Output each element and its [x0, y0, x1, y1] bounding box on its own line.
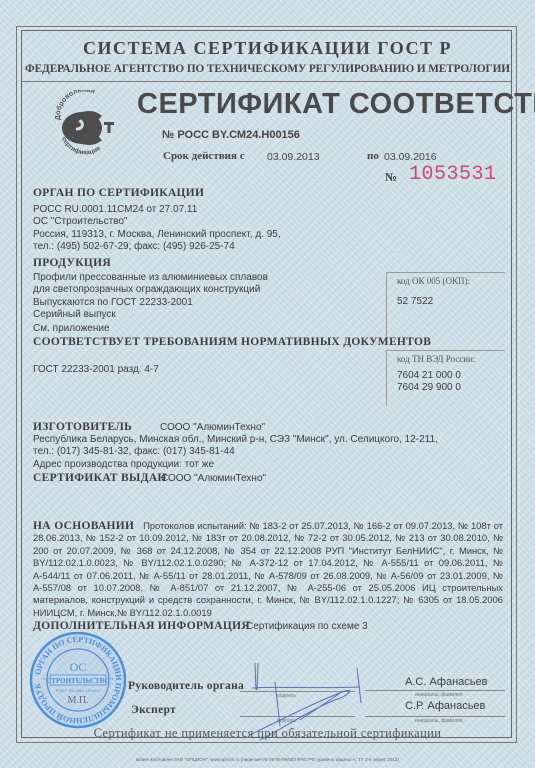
see-appendix: См. приложение: [33, 323, 110, 335]
additional-info-text: Сертификация по схеме 3: [246, 621, 368, 633]
issued-to-name: СООО "АлюминТехно": [161, 473, 266, 485]
expert-name: С.Р. Афанасьев: [405, 700, 485, 712]
manufacturer-details: Республика Беларусь, Минская обл., Минск…: [33, 434, 438, 471]
certification-body-line: ОС "Строительство": [33, 216, 281, 228]
okp-code-value: 52 7522: [397, 296, 433, 308]
product-line: Выпускаются по ГОСТ 22233-2001: [33, 297, 268, 309]
certification-body-details: РОСС RU.0001.11СМ24 от 27.07.11 ОС "Стро…: [33, 204, 281, 253]
blank-number-sign: №: [385, 170, 397, 185]
stamp-center-code: РОСС RU.0001.11СМ24: [56, 688, 101, 693]
certification-body-line: РОСС RU.0001.11СМ24 от 27.07.11: [33, 204, 281, 216]
tnved-code-box: код ТН ВЭД России: 7604 21 000 0 7604 29…: [386, 350, 505, 406]
manufacturer-heading: ИЗГОТОВИТЕЛЬ: [33, 421, 132, 433]
certification-body-line: Россия, 119313, г. Москва, Ленинский про…: [33, 229, 281, 241]
organization-stamp: ОРГАН ПО СЕРТИФИКАЦИИ ПРОМЫШЛЕННОЙ ПРОДУ…: [28, 630, 128, 730]
okp-code-box: код ОК 005 (ОКП): 52 7522: [386, 272, 505, 339]
okp-code-label: код ОК 005 (ОКП):: [397, 276, 470, 286]
basis-text: Протоколов испытаний: № 183-2 от 25.07.2…: [33, 520, 503, 618]
expert-label: Эксперт: [131, 704, 176, 716]
basis-heading: НА ОСНОВАНИИ: [33, 520, 134, 532]
product-line: Профили прессованные из алюминиевых спла…: [33, 272, 268, 284]
expert-name-line: [365, 716, 505, 717]
product-line: Серийный выпуск: [33, 309, 268, 321]
product-description: Профили прессованные из алюминиевых спла…: [33, 272, 268, 321]
name-caption: инициалы, фамилия: [415, 692, 463, 698]
head-of-body-label: Руководитель органа: [128, 680, 244, 692]
tnved-code-value: 7604 21 000 0: [397, 370, 461, 382]
manufacturer-line: Республика Беларусь, Минская обл., Минск…: [33, 434, 438, 446]
head-name: А.С. Афанасьев: [405, 676, 487, 688]
validity-label: Срок действия с: [163, 150, 245, 162]
footer-note: Сертификат не применяется при обязательн…: [0, 726, 535, 741]
valid-from-date: 03.09.2013: [267, 151, 320, 163]
conformity-heading: СООТВЕТСТВУЕТ ТРЕБОВАНИЯМ НОРМАТИВНЫХ ДО…: [33, 336, 431, 348]
blank-serial-number: 1053531: [409, 163, 497, 186]
product-line: для светопрозрачных ограждающих конструк…: [33, 284, 268, 296]
conformity-standard: ГОСТ 22233-2001 разд. 4-7: [33, 364, 159, 376]
stamp-mp: М.П.: [67, 695, 88, 706]
valid-to-label: по: [367, 150, 379, 162]
certificate-registration-number: № РОСС BY.СМ24.Н00156: [162, 129, 300, 141]
product-heading: ПРОДУКЦИЯ: [33, 257, 111, 269]
valid-to-date: 03.09.2016: [384, 151, 437, 163]
tnved-code-value: 7604 29 900 0: [397, 382, 461, 394]
header-divider: [21, 81, 511, 82]
name-caption: инициалы, фамилия: [415, 718, 463, 724]
agency-name: ФЕДЕРАЛЬНОЕ АГЕНТСТВО ПО ТЕХНИЧЕСКОМУ РЕ…: [0, 63, 535, 75]
stamp-center-top: ОС: [70, 660, 87, 674]
system-title: СИСТЕМА СЕРТИФИКАЦИИ ГОСТ Р: [0, 38, 535, 59]
head-name-line: [365, 690, 505, 691]
manufacturer-line: Адрес производства продукции: тот же: [33, 459, 438, 471]
manufacturer-name: СООО "АлюминТехно": [160, 422, 265, 434]
issued-to-heading: СЕРТИФИКАТ ВЫДАН: [33, 472, 167, 484]
certification-body-heading: ОРГАН ПО СЕРТИФИКАЦИИ: [33, 187, 204, 199]
print-info: Бланк изготовлен ЗАО "ОПЦИОН", www.opcio…: [0, 757, 535, 762]
manufacturer-line: тел.: (017) 345-81-32, факс: (017) 345-8…: [33, 446, 438, 458]
tnved-code-label: код ТН ВЭД России:: [397, 354, 475, 364]
basis-paragraph: НА ОСНОВАНИИ Протоколов испытаний: № 183…: [33, 520, 503, 619]
rst-voluntary-certification-logo: Добровольная сертификация: [52, 90, 118, 156]
certificate-title: СЕРТИФИКАТ СООТВЕТСТВИЯ: [137, 88, 535, 121]
certification-body-line: тел.: (495) 502-67-29; факс: (495) 926-2…: [33, 241, 281, 253]
stamp-center-name: "СТРОИТЕЛЬСТВО": [42, 677, 113, 685]
